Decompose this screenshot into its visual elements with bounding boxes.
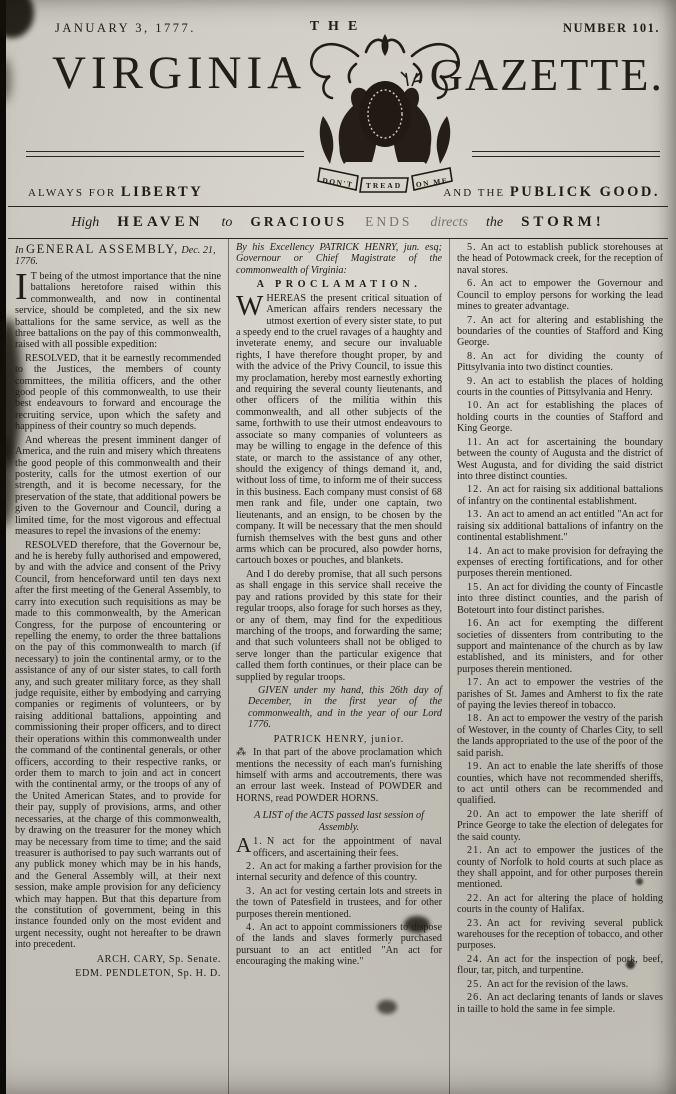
act-text: An act to amend an act entitled "An act … xyxy=(457,509,663,543)
act-number: 14. xyxy=(467,546,487,557)
act-item: 26.An act declaring tenants of lands or … xyxy=(457,992,663,1015)
signature-patrick-henry: PATRICK HENRY, junior. xyxy=(236,734,442,745)
act-text: An act declaring tenants of lands or sla… xyxy=(457,992,663,1014)
act-number: 3. xyxy=(246,886,260,897)
signature-cary: ARCH. CARY, Sp. Senate. xyxy=(15,954,221,965)
issue-date: JANUARY 3, 1777. xyxy=(55,21,196,36)
act-item: 17.An act to empower the vestries of the… xyxy=(457,677,663,711)
column-proclamation: By his Excellency PATRICK HENRY, jun. es… xyxy=(228,238,449,1094)
act-number: 15. xyxy=(467,582,487,593)
act-text: An act for raising six additional battal… xyxy=(457,484,663,506)
act-number: 25. xyxy=(467,979,487,990)
assembly-paragraph: RESOLVED, that it be earnestly recommend… xyxy=(15,353,221,433)
act-item: 22.An act for altering the place of hold… xyxy=(457,893,663,916)
column-general-assembly: In GENERAL ASSEMBLY, Dec. 21, 1776. IT b… xyxy=(8,238,228,1094)
act-text: An act for reviving several publick ware… xyxy=(457,918,663,952)
coat-of-arms: DON'T TREAD ON ME xyxy=(296,30,474,198)
tagline-left: ALWAYS FOR LIBERTY xyxy=(28,184,203,201)
tagline-right: AND THE PUBLICK GOOD. xyxy=(443,184,660,201)
act-text: An act to empower the late sheriff of Pr… xyxy=(457,809,663,843)
act-number: 21. xyxy=(467,845,487,856)
act-text: An act for ascertaining the boundary bet… xyxy=(457,437,663,482)
asterism-mark: ⁂ xyxy=(236,747,249,758)
act-item: 24.An act for the inspection of pork, be… xyxy=(457,954,663,977)
act-item: 11.An act for ascertaining the boundary … xyxy=(457,437,663,483)
act-number: 22. xyxy=(467,893,487,904)
act-item: 19.An act to enable the late sheriffs of… xyxy=(457,761,663,807)
motto-ribbon: DON'T TREAD ON ME xyxy=(318,168,452,192)
paragraph-text: T being of the utmost importance that th… xyxy=(15,271,221,351)
proclamation-paragraph: And I do dereby promise, that all such p… xyxy=(236,569,442,683)
act-number: 1. xyxy=(253,836,267,847)
act-text: An act to establish publick storehouses … xyxy=(457,242,663,276)
act-number: 5. xyxy=(467,242,481,253)
act-item: 14.An act to make provision for defrayin… xyxy=(457,546,663,580)
act-number: 16. xyxy=(467,618,487,629)
tagline-right-small: AND THE xyxy=(443,187,505,199)
act-item: 5.An act to establish publick storehouse… xyxy=(457,242,663,276)
assembly-paragraph: IT being of the utmost importance that t… xyxy=(15,271,221,351)
act-item: 6.An act to empower the Governour and Co… xyxy=(457,278,663,312)
tagline-left-small: ALWAYS FOR xyxy=(28,187,116,199)
double-rule-right xyxy=(472,151,660,157)
act-text: An act for establishing the places of ho… xyxy=(457,400,663,434)
proclamation-paragraph: WHEREAS the present critical situation o… xyxy=(236,293,442,567)
dateline-in: In xyxy=(15,245,24,256)
act-number: 9. xyxy=(467,376,481,387)
act-number: 23. xyxy=(467,918,487,929)
dateline-body: GENERAL ASSEMBLY, xyxy=(26,242,179,256)
act-number: 12. xyxy=(467,484,487,495)
act-item: 1.AN act for the appointment of naval of… xyxy=(236,836,442,859)
acts-list-heading: A LIST of the ACTS passed last session o… xyxy=(236,810,442,833)
paragraph-text: HEREAS the present critical situation of… xyxy=(236,293,442,567)
act-text: An act for the revision of the laws. xyxy=(487,979,628,990)
act-number: 18. xyxy=(467,713,487,724)
act-number: 13. xyxy=(467,509,487,520)
act-text: An act for dividing the county of Pittsy… xyxy=(457,351,663,373)
act-number: 17. xyxy=(467,677,487,688)
act-text: An act to establish the places of holdin… xyxy=(457,376,663,398)
act-item: 25.An act for the revision of the laws. xyxy=(457,979,663,990)
act-text: An act for exempting the different socie… xyxy=(457,618,663,675)
tagline-right-big: PUBLICK GOOD. xyxy=(510,184,660,200)
act-number: 19. xyxy=(467,761,487,772)
act-item: 15.An act for dividing the county of Fin… xyxy=(457,582,663,616)
proclamation-byline: By his Excellency PATRICK HENRY, jun. es… xyxy=(236,242,442,276)
act-item: 8.An act for dividing the county of Pitt… xyxy=(457,351,663,374)
double-rule-left xyxy=(26,151,304,157)
act-number: 4. xyxy=(246,922,260,933)
masthead-title-virginia: VIRGINIA xyxy=(52,50,306,97)
book-spine-shadow xyxy=(0,0,6,1094)
act-item: 23.An act for reviving several publick w… xyxy=(457,918,663,952)
act-item: 7.An act for altering and establishing t… xyxy=(457,315,663,349)
column-acts-list: 5.An act to establish publick storehouse… xyxy=(449,238,670,1094)
ink-smudge xyxy=(0,0,34,38)
dropcap-i: I xyxy=(15,271,31,303)
act-item: 2.An act for making a farther provision … xyxy=(236,861,442,884)
motto-word: ENDS xyxy=(365,214,412,229)
shield-cartouche xyxy=(359,81,411,147)
stag-antlers xyxy=(401,72,422,86)
motto-word: to xyxy=(221,215,232,230)
motto-word: GRACIOUS xyxy=(250,214,347,229)
act-item: 18.An act to empower the vestry of the p… xyxy=(457,713,663,759)
crest-plume xyxy=(382,34,389,56)
act-text: N act for the appointment of naval offic… xyxy=(253,836,442,858)
erratum-note: ⁂ In that part of the above proclamation… xyxy=(236,747,442,804)
assembly-paragraph: And whereas the present imminent danger … xyxy=(15,435,221,538)
act-number: 20. xyxy=(467,809,487,820)
act-item: 13.An act to amend an act entitled "An a… xyxy=(457,509,663,543)
act-text: An act to empower the vestry of the pari… xyxy=(457,713,663,758)
act-number: 24. xyxy=(467,954,487,965)
motto-word: the xyxy=(486,215,503,230)
act-number: 10. xyxy=(467,400,487,411)
tagline-left-big: LIBERTY xyxy=(121,184,203,200)
act-item: 4.An act to appoint commissioners to dis… xyxy=(236,922,442,968)
act-text: An act to appoint commissioners to dispo… xyxy=(236,922,442,967)
act-item: 21.An act to empower the justices of the… xyxy=(457,845,663,891)
issue-number: NUMBER 101. xyxy=(563,21,660,36)
act-number: 2. xyxy=(246,861,260,872)
assembly-dateline: In GENERAL ASSEMBLY, Dec. 21, 1776. xyxy=(15,242,221,268)
act-number: 7. xyxy=(467,315,481,326)
motto-word: directs xyxy=(430,215,468,230)
act-text: An act for the inspection of pork, beef,… xyxy=(457,954,663,976)
act-text: An act for altering the place of holding… xyxy=(457,893,663,915)
proclamation-title: A PROCLAMATION. xyxy=(236,279,442,290)
act-number: 11. xyxy=(467,437,486,448)
act-text: An act to empower the Governour and Coun… xyxy=(457,278,663,312)
ribbon-text-tread: TREAD xyxy=(366,181,402,190)
act-text: An act for altering and establishing the… xyxy=(457,315,663,349)
act-text: An act to empower the justices of the co… xyxy=(457,845,663,890)
motto-word: High xyxy=(71,215,99,230)
act-number: 8. xyxy=(467,351,481,362)
act-number: 26. xyxy=(467,992,487,1003)
newspaper-page: JANUARY 3, 1777. THE NUMBER 101. VIRGINI… xyxy=(0,0,676,1094)
dropcap-w: W xyxy=(236,293,266,318)
act-item: 16.An act for exempting the different so… xyxy=(457,618,663,675)
act-text: An act to enable the late sheriffs of th… xyxy=(457,761,663,806)
act-item: 12.An act for raising six additional bat… xyxy=(457,484,663,507)
article-columns: In GENERAL ASSEMBLY, Dec. 21, 1776. IT b… xyxy=(8,238,670,1094)
ink-smudge xyxy=(0,58,11,102)
motto-word: HEAVEN xyxy=(117,214,203,230)
dropcap-a: A xyxy=(236,836,253,855)
act-number: 6. xyxy=(467,278,481,289)
act-item: 20.An act to empower the late sheriff of… xyxy=(457,809,663,843)
given-under-hand: GIVEN under my hand, this 26th day of De… xyxy=(236,685,442,731)
act-item: 9.An act to establish the places of hold… xyxy=(457,376,663,399)
motto-word: STORM! xyxy=(521,214,605,230)
motto-band: High HEAVEN to GRACIOUS ENDS directs the… xyxy=(8,206,668,239)
signature-pendleton: EDM. PENDLETON, Sp. H. D. xyxy=(15,968,221,979)
act-text: An act for vesting certain lots and stre… xyxy=(236,886,442,920)
erratum-text: In that part of the above proclamation w… xyxy=(236,747,442,804)
act-text: An act to empower the vestries of the pa… xyxy=(457,677,663,711)
act-text: An act for dividing the county of Fincas… xyxy=(457,582,663,616)
assembly-paragraph: RESOLVED therefore, that the Governour b… xyxy=(15,540,221,951)
act-text: An act for making a farther provision fo… xyxy=(236,861,442,883)
act-text: An act to make provision for defraying t… xyxy=(457,546,663,580)
act-item: 10.An act for establishing the places of… xyxy=(457,400,663,434)
act-item: 3.An act for vesting certain lots and st… xyxy=(236,886,442,920)
